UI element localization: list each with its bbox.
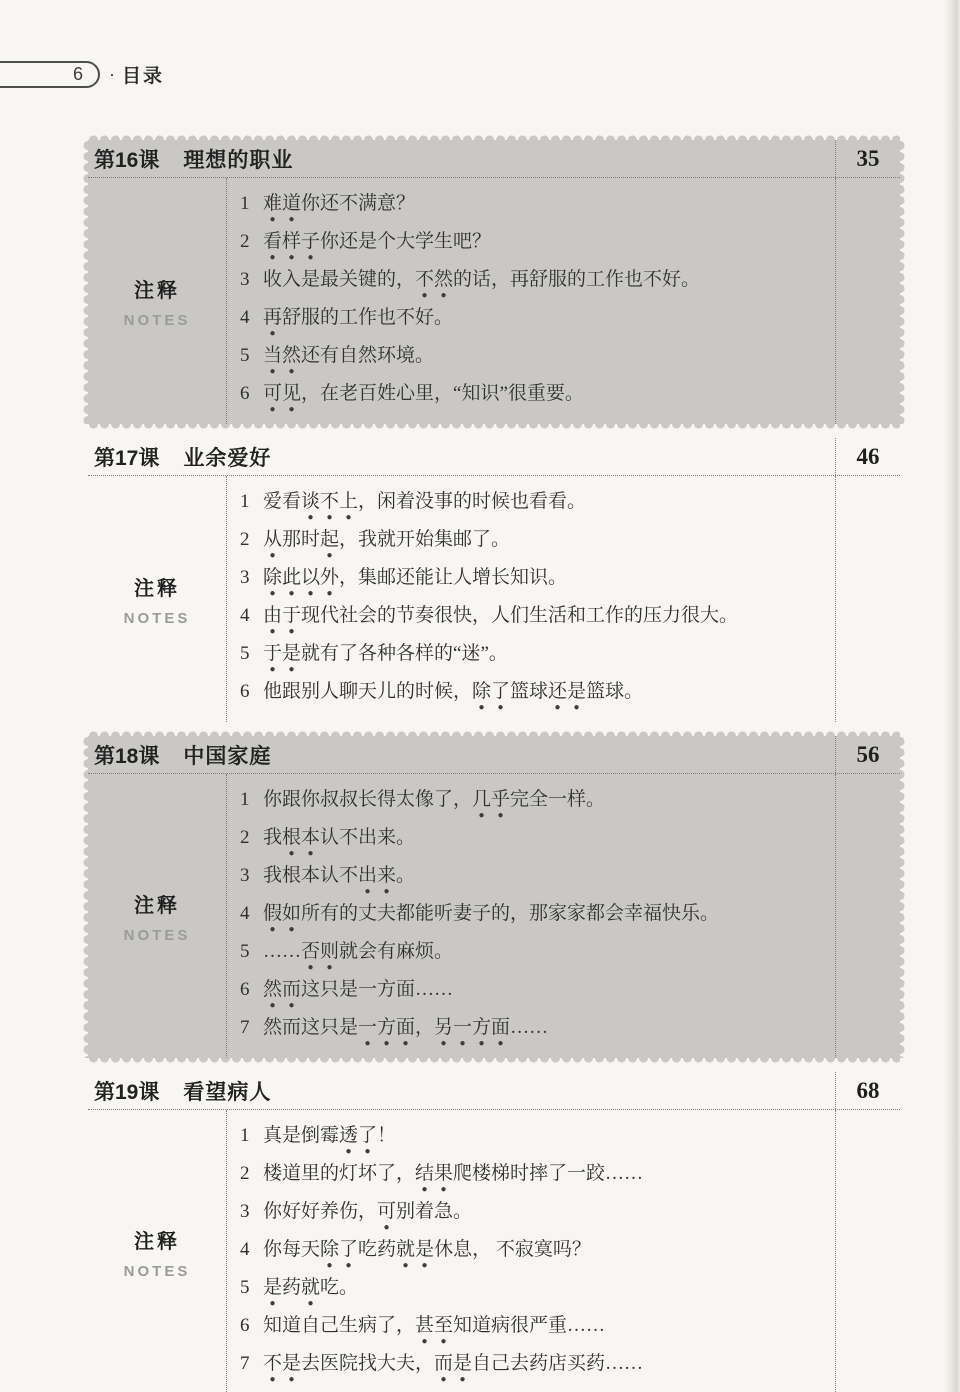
plain-text: 篮球。 [586,681,643,702]
item-number: 6 [240,675,254,709]
emphasized-text: 除了 [472,681,510,702]
emphasized-text: 而是 [434,1353,472,1374]
emphasized-text: 出来 [358,865,396,886]
notes-label: 注释 NOTES [88,774,227,1058]
note-item: 6他跟别人聊天儿的时候，除了篮球还是篮球。 [240,675,835,713]
page-number: 6 [73,64,83,85]
item-number: 4 [240,1233,254,1267]
emphasized-text: 再 [263,307,282,328]
lesson-number: 第17课 [94,442,159,472]
emphasized-text: 另一方面 [434,1017,510,1038]
plain-text: 楼道里的灯坏了， [263,1163,415,1184]
item-number: 3 [240,263,254,297]
item-text: 你每天除了吃药就是休息， 不寂寞吗？ [263,1239,591,1260]
item-number: 7 [240,1011,254,1045]
section-header: 第19课 看望病人 68 [88,1072,900,1110]
plain-text: 知道自己生病了， [263,1315,415,1336]
emphasized-text: 起 [320,529,339,550]
plain-text: 这只是一方面…… [301,979,453,1000]
plain-text: 收入是最关键的， [263,269,415,290]
item-text: 然而这只是一方面…… [263,979,453,1000]
lesson-number: 第18课 [94,740,159,770]
plain-text: 还有自然环境。 [301,345,434,366]
notes-label: 注释 NOTES [88,476,227,722]
item-number: 4 [240,301,254,335]
toc-sections: 第16课 理想的职业 35 注释 NOTES 1难道你还不满意？2看样子你还是个… [88,140,900,1392]
plain-text: 爬楼梯时摔了一跤…… [453,1163,643,1184]
page-number-tab: 6 [0,61,100,88]
section-title-row: 第18课 中国家庭 [88,740,835,770]
plain-text: 篮球 [510,681,548,702]
emphasized-text: 几乎 [472,789,510,810]
item-number: 1 [240,1119,254,1153]
emphasized-text: 假如 [263,903,301,924]
scallop-edge-left [83,736,88,1058]
item-text: 除此以外，集邮还能让人增长知识。 [263,567,567,588]
plain-text: 你好好养伤， [263,1201,377,1222]
emphasized-text: 不然 [415,269,453,290]
lesson-section: 第16课 理想的职业 35 注释 NOTES 1难道你还不满意？2看样子你还是个… [88,140,900,424]
emphasized-text: 难道 [263,193,301,214]
item-text: 看样子你还是个大学生吧？ [263,231,491,252]
lesson-title: 中国家庭 [183,740,271,770]
item-text: 不是去医院找大夫，而是自己去药店买药…… [263,1353,643,1374]
note-items: 1你跟你叔叔长得太像了，几乎完全一样。2我根本认不出来。3我根本认不出来。4假如… [227,774,835,1058]
item-text: 他跟别人聊天儿的时候，除了篮球还是篮球。 [263,681,643,702]
section-page-number: 56 [835,736,900,773]
item-number: 1 [240,783,254,817]
notes-label-en: NOTES [124,1263,191,1280]
note-item: 2我根本认不出来。 [240,821,835,859]
item-text: 知道自己生病了，甚至知道病很严重…… [263,1315,605,1336]
notes-label-en: NOTES [124,610,191,627]
note-item: 3收入是最关键的，不然的话，再舒服的工作也不好。 [240,263,835,301]
notes-label-zh: 注释 [134,1225,180,1254]
item-text: 从那时起，我就开始集邮了。 [263,529,510,550]
emphasized-text: 可 [377,1201,396,1222]
note-item: 5于是就有了各种各样的“迷”。 [240,637,835,675]
note-item: 3我根本认不出来。 [240,859,835,897]
item-number: 6 [240,1309,254,1343]
note-item: 4再舒服的工作也不好。 [240,301,835,339]
scallop-edge-left [83,140,88,424]
plain-text: 药 [282,1277,301,1298]
plain-text: 。 [396,865,415,886]
emphasized-text: 根本 [282,827,320,848]
notes-label-zh: 注释 [134,572,180,601]
item-number: 2 [240,821,254,855]
item-number: 2 [240,1157,254,1191]
section-title-row: 第19课 看望病人 [88,1076,835,1106]
section-body: 注释 NOTES 1真是倒霉透了！2楼道里的灯坏了，结果爬楼梯时摔了一跤……3你… [88,1110,900,1392]
emphasized-text: 一方面 [358,1017,415,1038]
item-text: 楼道里的灯坏了，结果爬楼梯时摔了一跤…… [263,1163,643,1184]
lesson-section: 第19课 看望病人 68 注释 NOTES 1真是倒霉透了！2楼道里的灯坏了，结… [88,1072,900,1392]
toc-label: 目录 [122,61,164,88]
plain-text: 休息， 不寂寞吗？ [434,1239,591,1260]
notes-label: 注释 NOTES [88,1110,227,1392]
emphasized-text: 不是 [263,1353,301,1374]
plain-text: 舒服的工作也不好。 [282,307,453,328]
plain-text: 完全一样。 [510,789,605,810]
plain-text: 现代社会的节奏很快，人们生活和工作的压力很大。 [301,605,738,626]
note-item: 4你每天除了吃药就是休息， 不寂寞吗？ [240,1233,835,1271]
emphasized-text: 还是 [548,681,586,702]
emphasized-text: 除了 [320,1239,358,1260]
lesson-number: 第16课 [94,144,159,174]
item-text: 收入是最关键的，不然的话，再舒服的工作也不好。 [263,269,700,290]
notes-label-en: NOTES [124,312,191,329]
item-number: 5 [240,935,254,969]
item-text: 然而这只是一方面，另一方面…… [263,1017,548,1038]
item-number: 1 [240,187,254,221]
item-number: 1 [240,485,254,519]
plain-text: ！ [377,1125,396,1146]
header-separator-dot: · [109,64,115,85]
lesson-section: 第17课 业余爱好 46 注释 NOTES 1爱看谈不上，闲着没事的时候也看看。… [88,438,900,722]
plain-text: 就有了各种各样的“迷”。 [301,643,508,664]
emphasized-text: 从 [263,529,282,550]
emphasized-text: 谈不上 [301,491,358,512]
notes-label: 注释 NOTES [88,178,227,424]
page-number-column [835,476,900,722]
emphasized-text: 就是 [396,1239,434,1260]
emphasized-text: 是 [263,1277,282,1298]
plain-text: …… [263,941,301,962]
note-item: 6然而这只是一方面…… [240,973,835,1011]
plain-text: ， [415,1017,434,1038]
scallop-edge-right [900,736,905,1058]
plain-text: 我 [263,827,282,848]
emphasized-text: 可见 [263,383,301,404]
notes-label-zh: 注释 [134,274,180,303]
notes-label-en: NOTES [124,927,191,944]
plain-text: 所有的丈夫都能听妻子的，那家家都会幸福快乐。 [301,903,719,924]
item-text: 是药就吃。 [263,1277,358,1298]
emphasized-text: 当然 [263,345,301,366]
item-number: 3 [240,1195,254,1229]
note-item: 1你跟你叔叔长得太像了，几乎完全一样。 [240,783,835,821]
note-items: 1爱看谈不上，闲着没事的时候也看看。2从那时起，我就开始集邮了。3除此以外，集邮… [227,476,835,722]
item-number: 4 [240,599,254,633]
note-item: 5……否则就会有麻烦。 [240,935,835,973]
emphasized-text: 结果 [415,1163,453,1184]
emphasized-text: 透了 [339,1125,377,1146]
scallop-edge-right [900,140,905,424]
item-text: 假如所有的丈夫都能听妻子的，那家家都会幸福快乐。 [263,903,719,924]
note-item: 1难道你还不满意？ [240,187,835,225]
plain-text: 然而这只是 [263,1017,358,1038]
note-item: 2看样子你还是个大学生吧？ [240,225,835,263]
emphasized-text: 甚至 [415,1315,453,1336]
notes-label-zh: 注释 [134,889,180,918]
plain-text: ，集邮还能让人增长知识。 [339,567,567,588]
item-text: 可见，在老百姓心里，“知识”很重要。 [263,383,584,404]
section-title-row: 第17课 业余爱好 [88,442,835,472]
page-number-column [835,178,900,424]
emphasized-text: 否则 [301,941,339,962]
section-header: 第16课 理想的职业 35 [88,140,900,178]
lesson-title: 业余爱好 [183,442,271,472]
item-text: 你好好养伤，可别着急。 [263,1201,472,1222]
note-item: 3你好好养伤，可别着急。 [240,1195,835,1233]
note-items: 1难道你还不满意？2看样子你还是个大学生吧？3收入是最关键的，不然的话，再舒服的… [227,178,835,424]
emphasized-text: 然而 [263,979,301,1000]
item-text: 我根本认不出来。 [263,827,415,848]
plain-text: …… [510,1017,548,1038]
plain-text: 去医院找大夫， [301,1353,434,1374]
lesson-number: 第19课 [94,1076,159,1106]
note-item: 4假如所有的丈夫都能听妻子的，那家家都会幸福快乐。 [240,897,835,935]
plain-text: 那时 [282,529,320,550]
plain-text: 你还是个大学生吧？ [320,231,491,252]
section-title-row: 第16课 理想的职业 [88,144,835,174]
section-body: 注释 NOTES 1爱看谈不上，闲着没事的时候也看看。2从那时起，我就开始集邮了… [88,476,900,722]
note-item: 1爱看谈不上，闲着没事的时候也看看。 [240,485,835,523]
item-number: 6 [240,377,254,411]
note-item: 6知道自己生病了，甚至知道病很严重…… [240,1309,835,1347]
section-page-number: 35 [835,140,900,177]
plain-text: 知道病很严重…… [453,1315,605,1336]
item-number: 5 [240,1271,254,1305]
section-header: 第18课 中国家庭 56 [88,736,900,774]
note-item: 7然而这只是一方面，另一方面…… [240,1011,835,1049]
emphasized-text: 看样子 [263,231,320,252]
note-item: 2从那时起，我就开始集邮了。 [240,523,835,561]
lesson-title: 理想的职业 [183,144,293,174]
note-item: 4由于现代社会的节奏很快，人们生活和工作的压力很大。 [240,599,835,637]
item-number: 3 [240,859,254,893]
item-text: 难道你还不满意？ [263,193,415,214]
item-number: 5 [240,339,254,373]
note-item: 5是药就吃。 [240,1271,835,1309]
running-head: 6 · 目录 [0,58,164,90]
plain-text: 吃。 [320,1277,358,1298]
plain-text: 吃药 [358,1239,396,1260]
item-text: 于是就有了各种各样的“迷”。 [263,643,508,664]
item-number: 7 [240,1347,254,1381]
item-number: 3 [240,561,254,595]
emphasized-text: 由于 [263,605,301,626]
item-text: 再舒服的工作也不好。 [263,307,453,328]
item-text: 当然还有自然环境。 [263,345,434,366]
item-text: 真是倒霉透了！ [263,1125,396,1146]
plain-text: 你跟你叔叔长得太像了， [263,789,472,810]
section-header: 第17课 业余爱好 46 [88,438,900,476]
plain-text: 认不出来。 [320,827,415,848]
note-item: 3除此以外，集邮还能让人增长知识。 [240,561,835,599]
item-text: 你跟你叔叔长得太像了，几乎完全一样。 [263,789,605,810]
emphasized-text: 于是 [263,643,301,664]
item-text: 爱看谈不上，闲着没事的时候也看看。 [263,491,586,512]
lesson-section: 第18课 中国家庭 56 注释 NOTES 1你跟你叔叔长得太像了，几乎完全一样… [88,736,900,1058]
item-number: 2 [240,523,254,557]
plain-text: 别着急。 [396,1201,472,1222]
note-item: 7不是去医院找大夫，而是自己去药店买药…… [240,1347,835,1385]
section-page-number: 68 [835,1072,900,1109]
plain-text: 真是倒霉 [263,1125,339,1146]
note-item: 6可见，在老百姓心里，“知识”很重要。 [240,377,835,415]
plain-text: 就会有麻烦。 [339,941,453,962]
item-number: 6 [240,973,254,1007]
plain-text: 你还不满意？ [301,193,415,214]
plain-text: 自己去药店买药…… [472,1353,643,1374]
section-body: 注释 NOTES 1难道你还不满意？2看样子你还是个大学生吧？3收入是最关键的，… [88,178,900,424]
note-item: 2楼道里的灯坏了，结果爬楼梯时摔了一跤…… [240,1157,835,1195]
page-number-column [835,1110,900,1392]
plain-text: 的话，再舒服的工作也不好。 [453,269,700,290]
emphasized-text: 就 [301,1277,320,1298]
item-text: 由于现代社会的节奏很快，人们生活和工作的压力很大。 [263,605,738,626]
emphasized-text: 除此以外 [263,567,339,588]
plain-text: 我根本认不 [263,865,358,886]
plain-text: 爱看 [263,491,301,512]
item-number: 5 [240,637,254,671]
note-items: 1真是倒霉透了！2楼道里的灯坏了，结果爬楼梯时摔了一跤……3你好好养伤，可别着急… [227,1110,835,1392]
note-item: 5当然还有自然环境。 [240,339,835,377]
plain-text: ，闲着没事的时候也看看。 [358,491,586,512]
page-number-column [835,774,900,1058]
item-number: 2 [240,225,254,259]
item-number: 4 [240,897,254,931]
note-item: 1真是倒霉透了！ [240,1119,835,1157]
section-page-number: 46 [835,438,900,475]
plain-text: 你每天 [263,1239,320,1260]
plain-text: ，在老百姓心里，“知识”很重要。 [301,383,584,404]
lesson-title: 看望病人 [183,1076,271,1106]
item-text: 我根本认不出来。 [263,865,415,886]
page-edge-shadow [944,0,960,1392]
plain-text: 他跟别人聊天儿的时候， [263,681,472,702]
plain-text: ，我就开始集邮了。 [339,529,510,550]
item-text: ……否则就会有麻烦。 [263,941,453,962]
section-body: 注释 NOTES 1你跟你叔叔长得太像了，几乎完全一样。2我根本认不出来。3我根… [88,774,900,1058]
